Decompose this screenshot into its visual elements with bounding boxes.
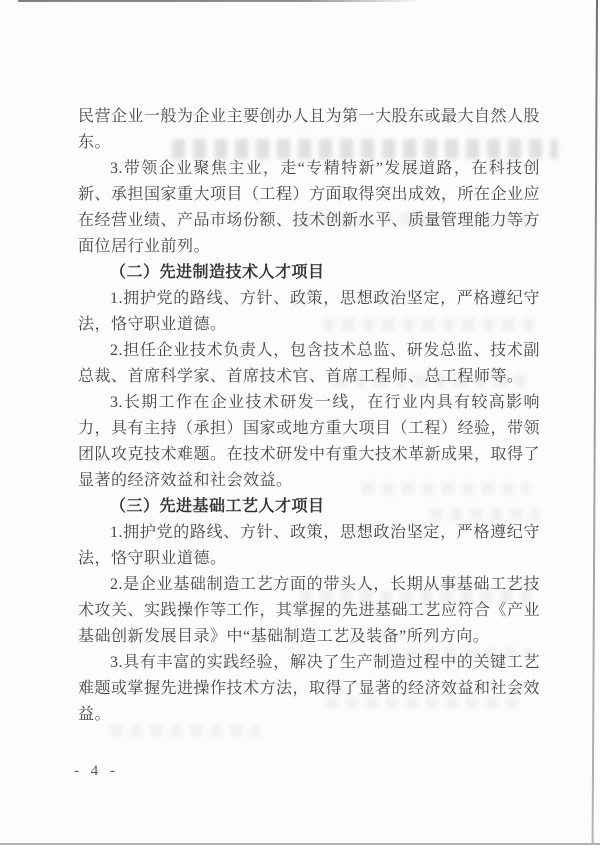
paragraph: 1.拥护党的路线、方针、政策，思想政治坚定，严格遵纪守法，恪守职业道德。	[78, 520, 540, 572]
scan-edge-right-line	[592, 0, 598, 848]
paragraph: 1.拥护党的路线、方针、政策，思想政治坚定，严格遵纪守法，恪守职业道德。	[78, 286, 540, 338]
paragraph: 民营企业一般为企业主要创办人且为第一大股东或最大自然人股东。	[78, 104, 540, 156]
section-heading: （二）先进制造技术人才项目	[78, 260, 540, 286]
paragraph: 3.带领企业聚焦主业，走“专精特新”发展道路，在科技创新、承担国家重大项目（工程…	[78, 156, 540, 260]
paragraph: 2.是企业基础制造工艺方面的带头人，长期从事基础工艺技术攻关、实践操作等工作，其…	[78, 572, 540, 650]
document-body: 民营企业一般为企业主要创办人且为第一大股东或最大自然人股东。 3.带领企业聚焦主…	[78, 104, 540, 728]
scan-edge-top-line	[18, 0, 422, 2]
paragraph: 3.长期工作在企业技术研发一线，在行业内具有较高影响力，具有主持（承担）国家或地…	[78, 390, 540, 494]
paragraph: 3.具有丰富的实践经验，解决了生产制造过程中的关键工艺难题或掌握先进操作技术方法…	[78, 650, 540, 728]
scanned-document-page: 民营企业一般为企业主要创办人且为第一大股东或最大自然人股东。 3.带领企业聚焦主…	[0, 0, 600, 848]
paragraph: 2.担任企业技术负责人，包含技术总监、研发总监、技术副总裁、首席科学家、首席技术…	[78, 338, 540, 390]
page-number: - 4 -	[74, 763, 119, 780]
section-heading: （三）先进基础工艺人才项目	[78, 494, 540, 520]
